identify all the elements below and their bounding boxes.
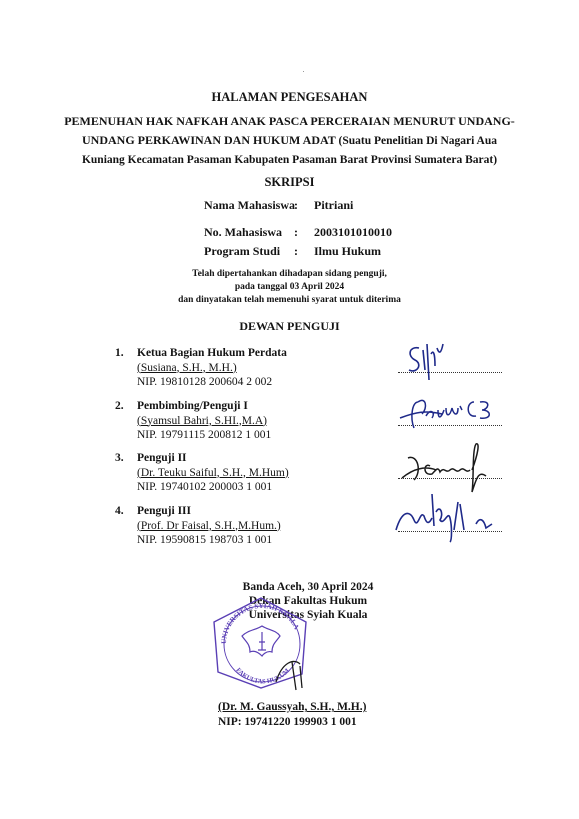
dean-name: (Dr. M. Gaussyah, S.H., M.H.) bbox=[218, 700, 366, 715]
committee-heading: DEWAN PENGUJI bbox=[0, 319, 579, 334]
student-name-value: Pitriani bbox=[314, 198, 353, 213]
examiner-role: Pembimbing/Penguji I bbox=[137, 399, 271, 414]
examiner-name: (Dr. Teuku Saiful, S.H., M.Hum) bbox=[137, 466, 289, 481]
svg-text:UNIVERSITAS SYIAH KUALA: UNIVERSITAS SYIAH KUALA bbox=[220, 602, 301, 644]
title-line-2: UNDANG PERKAWINAN DAN HUKUM ADAT (Suatu … bbox=[0, 131, 579, 151]
examiner-role: Penguji III bbox=[137, 504, 281, 519]
examiner-name: (Syamsul Bahri, S.HI.,M.A) bbox=[137, 414, 271, 429]
scan-speck bbox=[303, 71, 304, 72]
defense-note: Telah dipertahankan dihadapan sidang pen… bbox=[0, 268, 579, 307]
document-type: SKRIPSI bbox=[0, 175, 579, 190]
examiner-name: (Prof. Dr Faisal, S.H.,M.Hum.) bbox=[137, 519, 281, 534]
title-line-1: PEMENUHAN HAK NAFKAH ANAK PASCA PERCERAI… bbox=[0, 112, 579, 131]
official-stamp: UNIVERSITAS SYIAH KUALA FAKULTAS HUKUM bbox=[206, 592, 316, 692]
signature-1 bbox=[405, 340, 455, 390]
thesis-title: PEMENUHAN HAK NAFKAH ANAK PASCA PERCERAI… bbox=[0, 112, 579, 170]
examiner-role: Ketua Bagian Hukum Perdata bbox=[137, 346, 287, 361]
student-number-value: 2003101010010 bbox=[314, 225, 392, 240]
dean-nip: NIP: 19741220 199903 1 001 bbox=[218, 715, 366, 730]
dean-block: (Dr. M. Gaussyah, S.H., M.H.) NIP: 19741… bbox=[218, 700, 366, 730]
examiner-nip: NIP. 19590815 198703 1 001 bbox=[137, 533, 281, 548]
student-number-label: No. Mahasiswa bbox=[204, 225, 282, 240]
study-program-value: Ilmu Hukum bbox=[314, 244, 381, 259]
signature-2 bbox=[396, 388, 506, 438]
student-name-label: Nama Mahasiswa bbox=[204, 198, 295, 213]
title-line-3: Kuniang Kecamatan Pasaman Kabupaten Pasa… bbox=[0, 151, 579, 170]
examiner-nip: NIP. 19791115 200812 1 001 bbox=[137, 428, 271, 443]
page-heading: HALAMAN PENGESAHAN bbox=[0, 90, 579, 105]
svg-text:FAKULTAS HUKUM: FAKULTAS HUKUM bbox=[234, 667, 291, 686]
examiner-role: Penguji II bbox=[137, 451, 289, 466]
examiner-nip: NIP. 19740102 200003 1 001 bbox=[137, 480, 289, 495]
study-program-label: Program Studi bbox=[204, 244, 280, 259]
signature-4 bbox=[392, 490, 512, 545]
examiner-name: (Susiana, S.H., M.H.) bbox=[137, 361, 287, 376]
stamp-bottom-text: FAKULTAS HUKUM bbox=[234, 667, 291, 686]
examiner-nip: NIP. 19810128 200604 2 002 bbox=[137, 375, 287, 390]
stamp-ring-text: UNIVERSITAS SYIAH KUALA bbox=[220, 602, 301, 644]
